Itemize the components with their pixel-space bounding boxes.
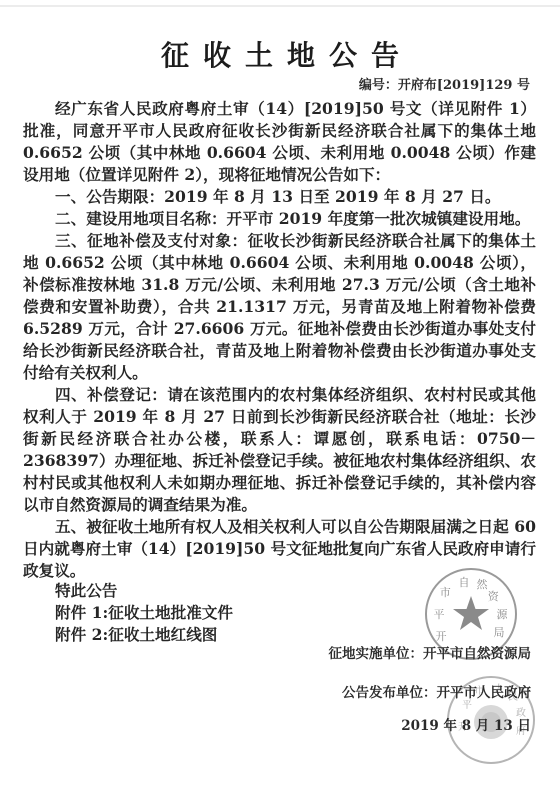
publish-date: 2019 年 8 月 13 日 [401,714,531,734]
item-compensation: 三、征地补偿及支付对象：征收长沙街新民经济联合社属下的集体土地 0.6652 公… [23,230,536,384]
document-number: 编号：开府布[2019]129 号 [359,74,530,93]
intro-paragraph: 经广东省人民政府粤府土审（14）[2019]50 号文（详见附件 1）批准，同意… [23,98,536,186]
top-scan-edge [0,5,560,7]
closing-statement: 特此公告 [55,580,233,602]
item-registration: 四、补偿登记：请在该范围内的农村集体经济组织、农村村民或其他权利人于 2019 … [23,384,536,516]
notice-body: 经广东省人民政府粤府土审（14）[2019]50 号文（详见附件 1）批准，同意… [23,98,536,582]
attachment-2: 附件 2:征收土地红线图 [55,624,233,646]
item-announcement-period: 一、公告期限：2019 年 8 月 13 日至 2019 年 8 月 27 日。 [23,186,536,208]
publishing-unit: 公告发布单位：开平市人民政府 [342,681,531,701]
closing-block: 特此公告 附件 1:征收土地批准文件 附件 2:征收土地红线图 [55,580,233,646]
page-title: 征收土地公告 [0,34,560,74]
item-project-name: 二、建设用地项目名称：开平市 2019 年度第一批次城镇建设用地。 [23,208,536,230]
implementing-unit: 征地实施单位：开平市自然资源局 [329,642,532,662]
attachment-1: 附件 1:征收土地批准文件 [55,602,233,624]
